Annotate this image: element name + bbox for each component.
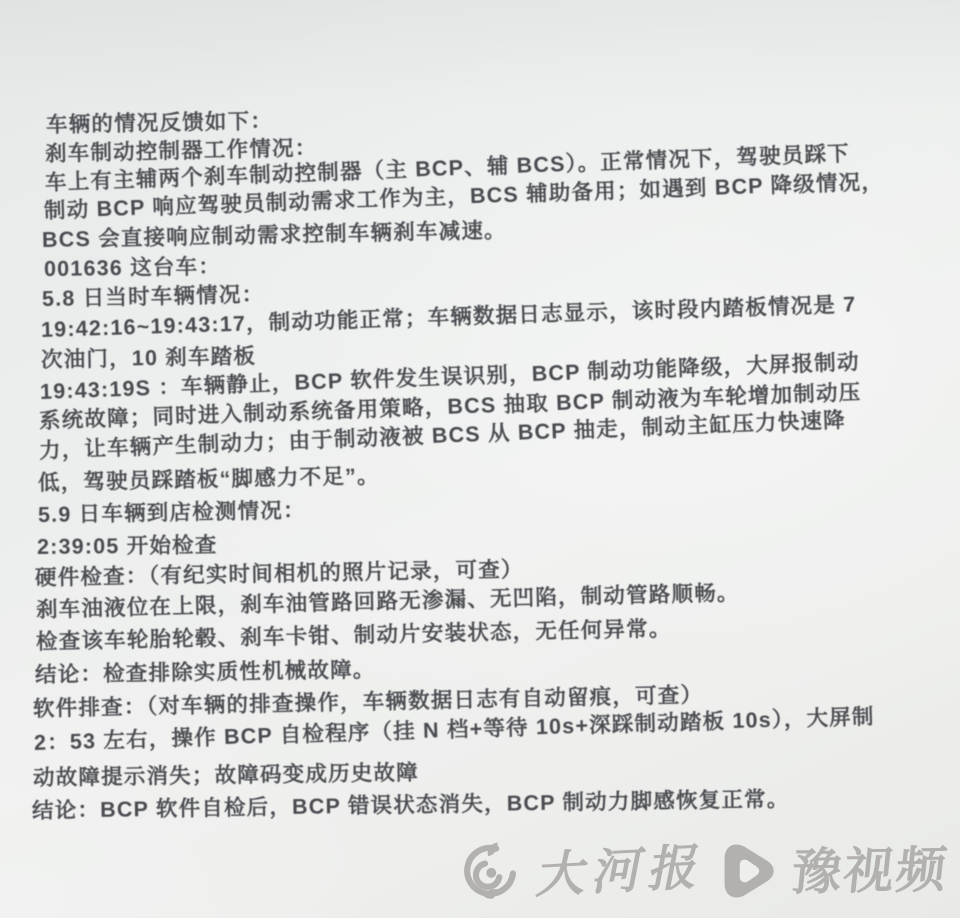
watermark: 大河报 豫视频 [458, 833, 948, 909]
doc-line: 5.9 日车辆到店检测情况： [38, 493, 306, 529]
doc-line: 2:39:05 开始检查 [37, 528, 218, 561]
doc-line: 动故障提示消失；故障码变成历史故障 [33, 756, 419, 792]
doc-line: 结论：检查排除实质性机械故障。 [35, 653, 376, 689]
yu-video-logo-text: 豫视频 [789, 845, 951, 898]
document-photo: { "page": { "background": "#ebedec", "te… [0, 0, 960, 918]
play-button-icon [714, 840, 780, 902]
doc-line: 低，驾驶员踩踏板“脚感力不足”。 [38, 459, 380, 497]
dahe-daily-logo-text: 大河报 [533, 842, 703, 900]
dahe-swirl-icon [458, 840, 522, 902]
document-text: 车辆的情况反馈如下： 刹车制动控制器工作情况： 车上有主辅两个刹车制动控制器（主… [0, 0, 960, 918]
